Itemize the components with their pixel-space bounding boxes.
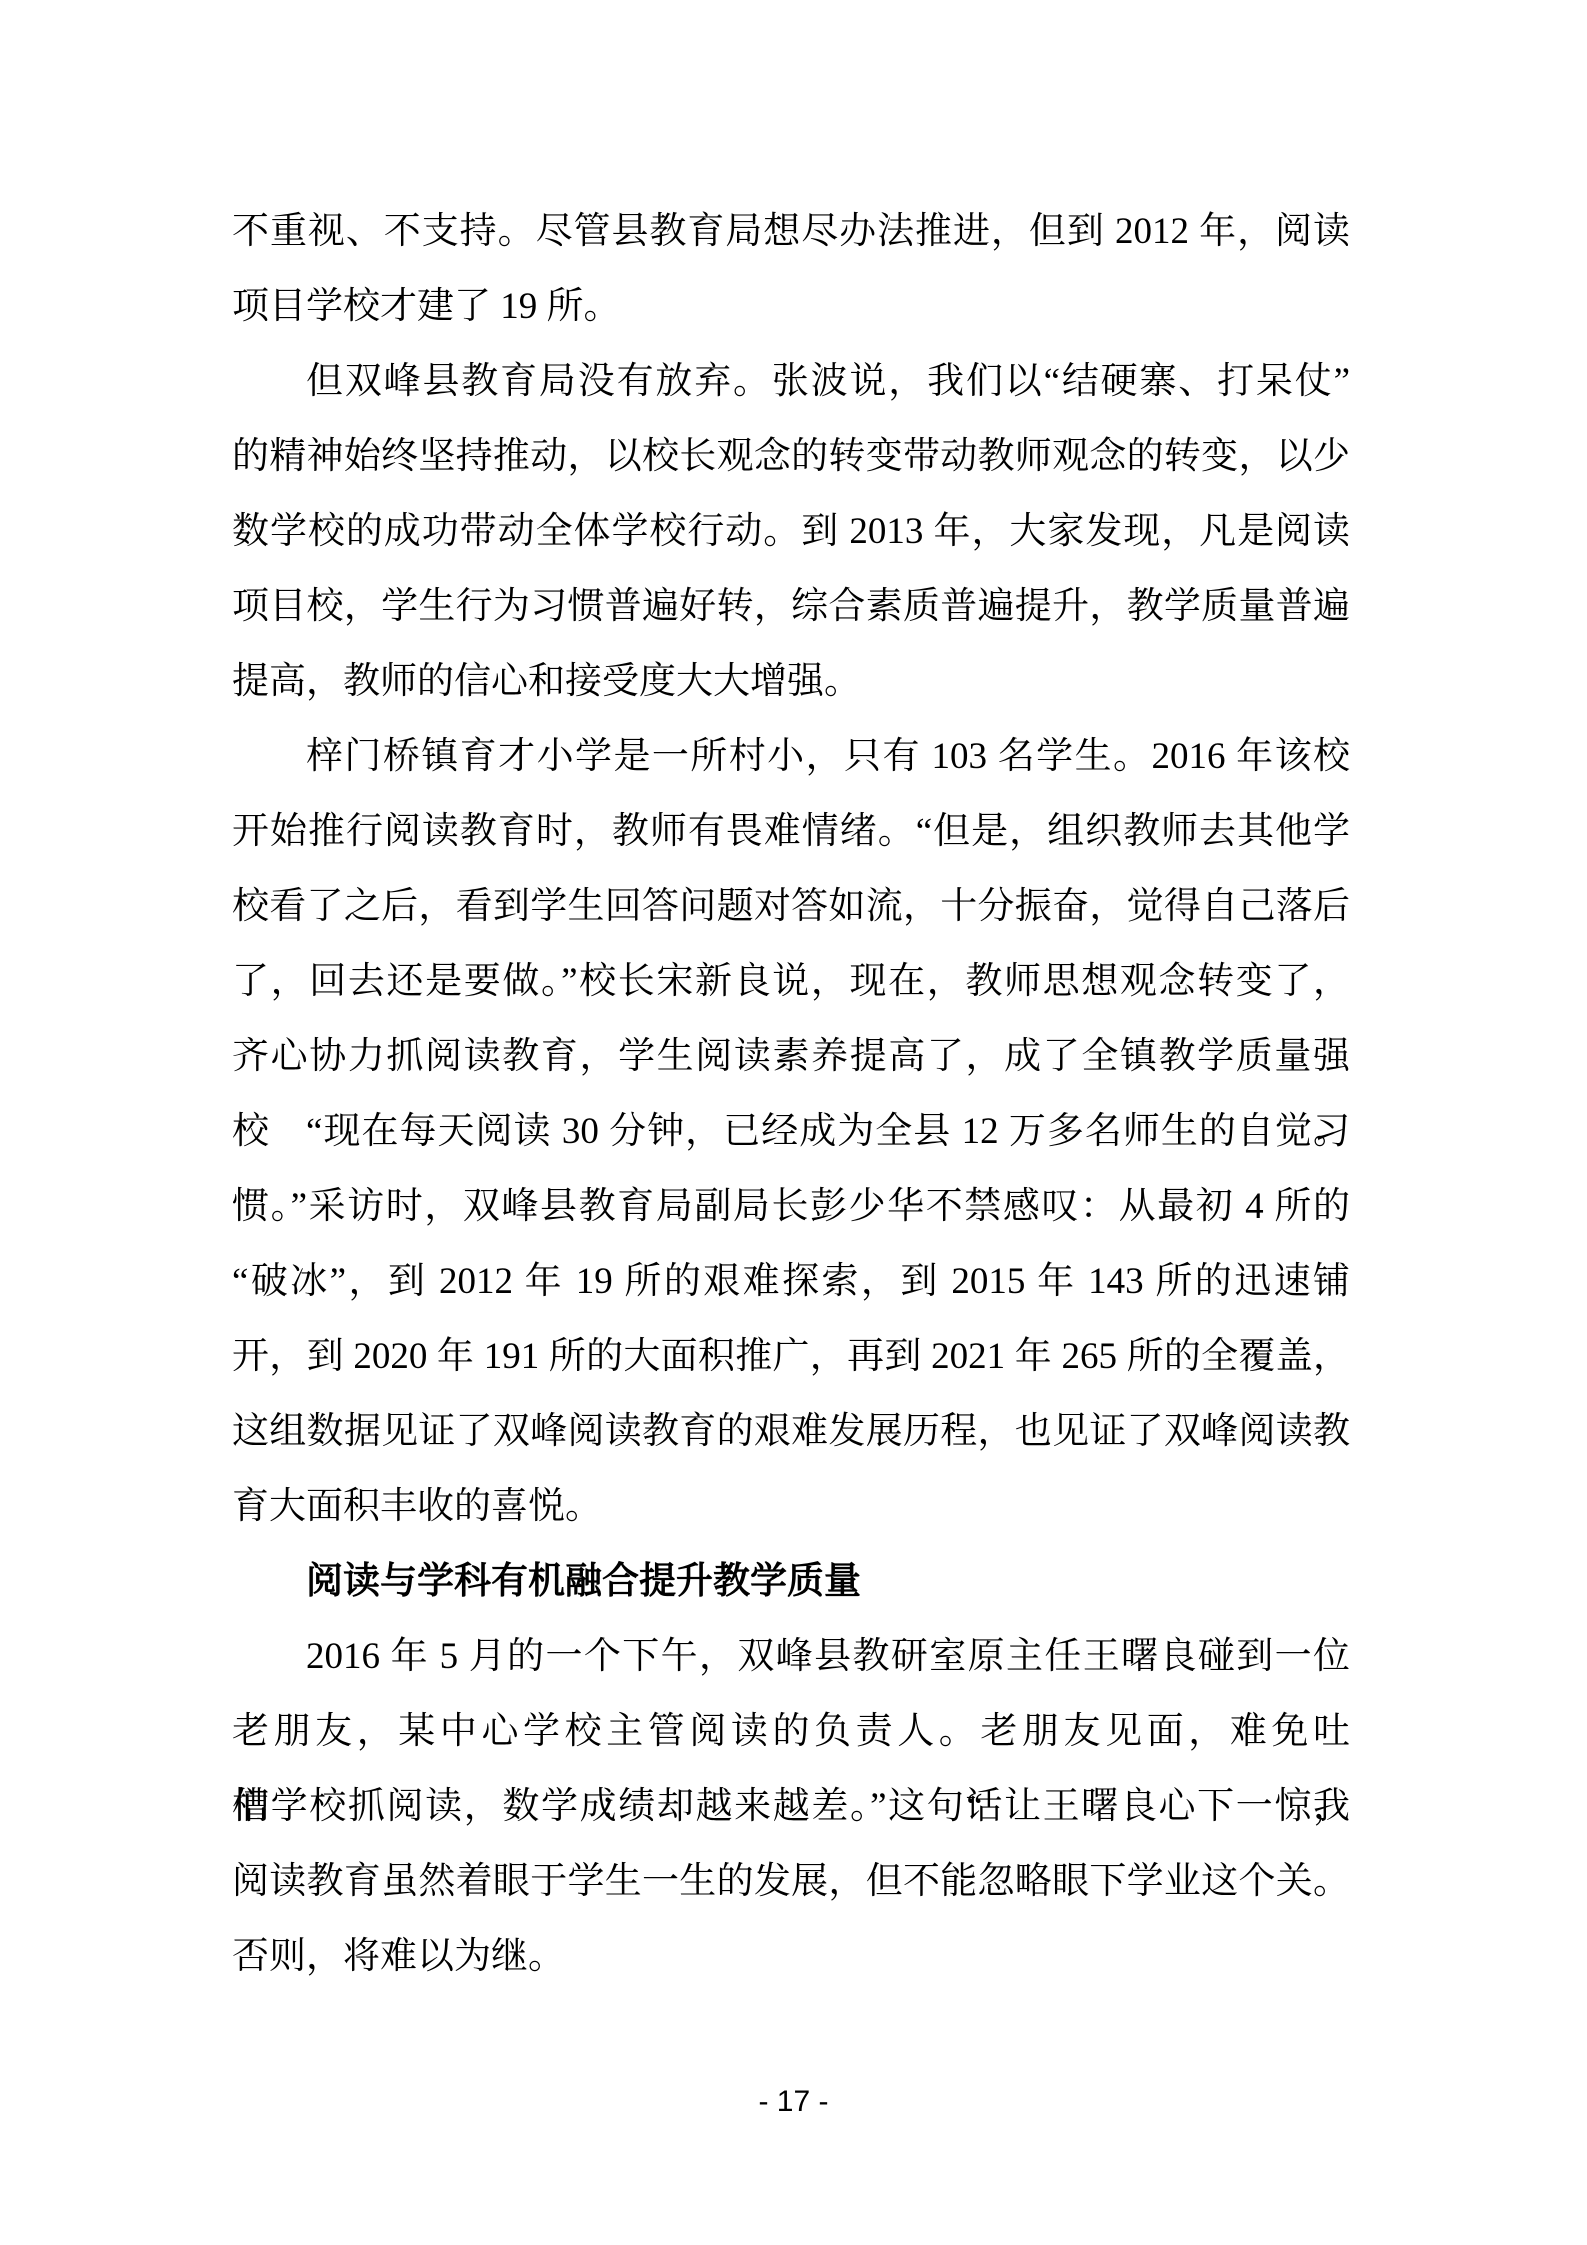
text-line: 惯。”采访时，双峰县教育局副局长彭少华不禁感叹：从最初 4 所的: [232, 1169, 1350, 1244]
text-line: 提高，教师的信心和接受度大大增强。: [232, 644, 1350, 719]
text-line: 的精神始终坚持推动，以校长观念的转变带动教师观念的转变，以少: [232, 419, 1350, 494]
section-heading: 阅读与学科有机融合提升教学质量: [232, 1544, 1350, 1619]
text-line: 项目学校才建了 19 所。: [232, 269, 1350, 344]
text-line: 否则，将难以为继。: [232, 1919, 1350, 1994]
text-line: 梓门桥镇育才小学是一所村小，只有 103 名学生。2016 年该校: [232, 719, 1350, 794]
text-line: 这组数据见证了双峰阅读教育的艰难发展历程，也见证了双峰阅读教: [232, 1394, 1350, 1469]
document-page: 不重视、不支持。尽管县教育局想尽办法推进，但到 2012 年，阅读 项目学校才建…: [0, 0, 1587, 2245]
text-line: 阅读教育虽然着眼于学生一生的发展，但不能忽略眼下学业这个关。: [232, 1844, 1350, 1919]
text-line: 但双峰县教育局没有放弃。张波说，我们以“结硬寨、打呆仗”: [232, 344, 1350, 419]
text-line: 数学校的成功带动全体学校行动。到 2013 年，大家发现，凡是阅读: [232, 494, 1350, 569]
text-line: 项目校，学生行为习惯普遍好转，综合素质普遍提升，教学质量普遍: [232, 569, 1350, 644]
text-line: 育大面积丰收的喜悦。: [232, 1469, 1350, 1544]
page-number: - 17 -: [0, 2082, 1587, 2122]
text-line: 们学校抓阅读，数学成绩却越来越差。”这句话让王曙良心下一惊，: [232, 1769, 1350, 1844]
text-line: 2016 年 5 月的一个下午，双峰县教研室原主任王曙良碰到一位: [232, 1619, 1350, 1694]
text-line: 开，到 2020 年 191 所的大面积推广，再到 2021 年 265 所的全…: [232, 1319, 1350, 1394]
text-line: “破冰”，到 2012 年 19 所的艰难探索，到 2015 年 143 所的迅…: [232, 1244, 1350, 1319]
text-line: 校看了之后，看到学生回答问题对答如流，十分振奋，觉得自己落后: [232, 869, 1350, 944]
text-block: 不重视、不支持。尽管县教育局想尽办法推进，但到 2012 年，阅读 项目学校才建…: [232, 194, 1350, 1994]
text-line: 了，回去还是要做。”校长宋新良说，现在，教师思想观念转变了，: [232, 944, 1350, 1019]
text-line: 开始推行阅读教育时，教师有畏难情绪。“但是，组织教师去其他学: [232, 794, 1350, 869]
text-line: 老朋友，某中心学校主管阅读的负责人。老朋友见面，难免吐槽：“我: [232, 1694, 1350, 1769]
text-line: 不重视、不支持。尽管县教育局想尽办法推进，但到 2012 年，阅读: [232, 194, 1350, 269]
text-line: 齐心协力抓阅读教育，学生阅读素养提高了，成了全镇教学质量强校。: [232, 1019, 1350, 1094]
text-line: “现在每天阅读 30 分钟，已经成为全县 12 万多名师生的自觉习: [232, 1094, 1350, 1169]
